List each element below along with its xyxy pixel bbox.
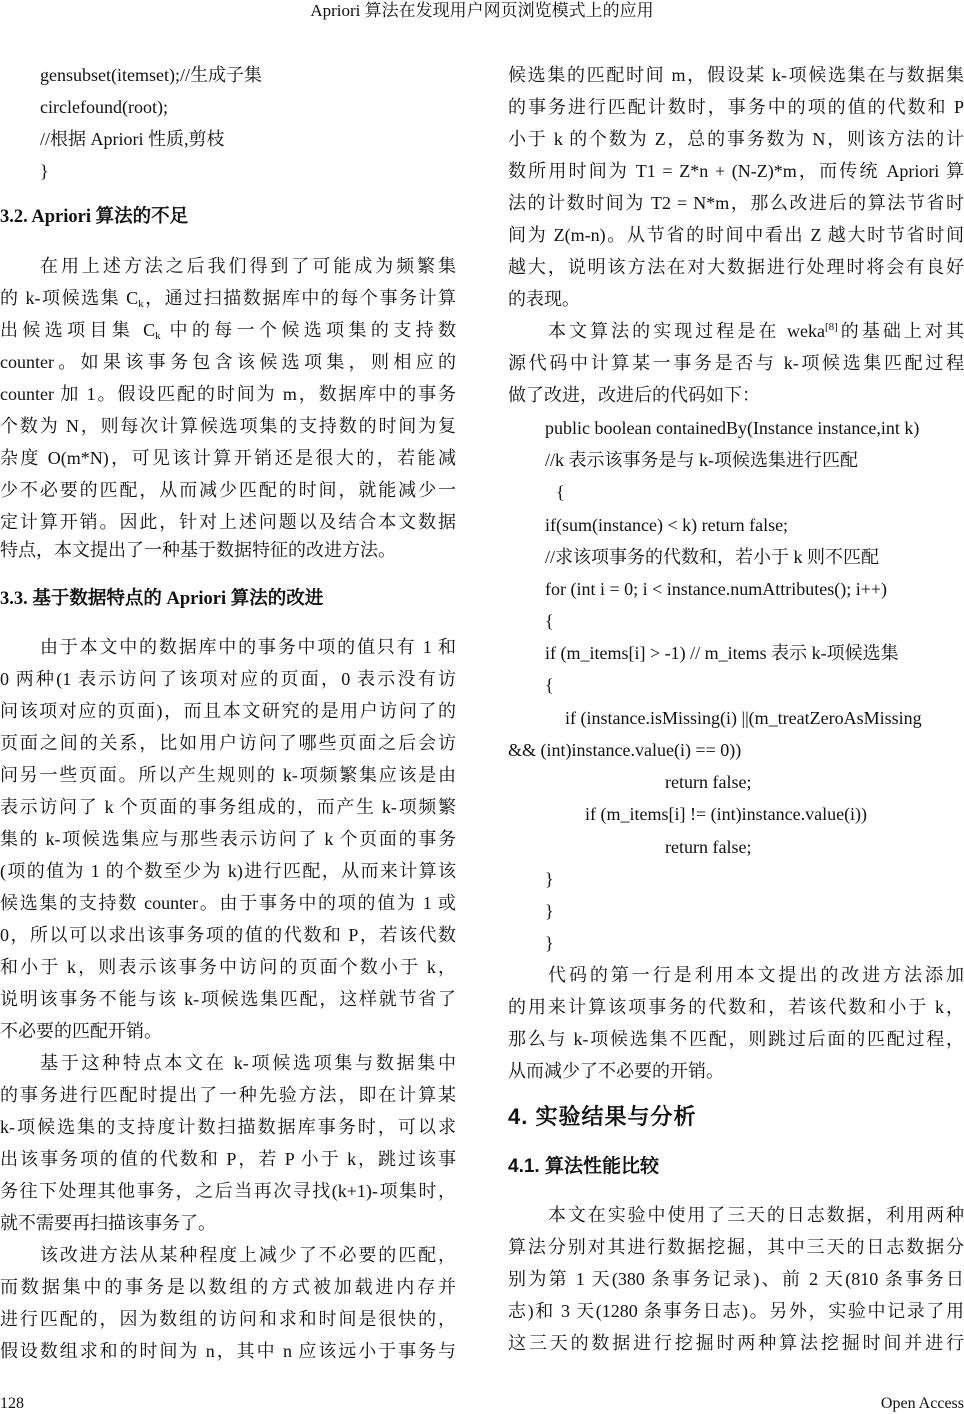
paragraph-line: 法的计数时间为 T2 = N*m，那么改进后的算法节省时 [508,192,964,214]
paragraph-line: counter。如果该事务包含该候选项集，则相应的 [0,351,456,373]
paragraph-line: 而数据集中的事务是以数组的方式被加载进内存并 [0,1276,456,1298]
code-line: } [545,868,554,890]
code-line: gensubset(itemset);//生成子集 [40,64,262,86]
paragraph-line: 间为 Z(m-n)。从节省的时间中看出 Z 越大时节省时间 [508,224,964,246]
journal-label: Open Access [881,1394,964,1414]
paragraph-line: 小于 k 的个数为 Z，总的事务数为 N，则该方法的计 [508,128,964,150]
paragraph-line: 的表现。 [508,288,580,310]
paragraph-line: 那么与 k-项候选集不匹配，则跳过后面的匹配过程， [508,1028,964,1050]
paragraph-line: 该改进方法从某种程度上减少了不必要的匹配， [40,1244,456,1266]
paragraph-line: 定计算开销。因此，针对上述问题以及结合本文数据 [0,511,456,533]
paragraph-line: 基于这种特点本文在 k-项候选项集与数据集中 [40,1052,456,1074]
paragraph-line: 的事务进行匹配时提出了一种先验方法，即在计算某 [0,1084,456,1106]
paragraph-line: 在用上述方法之后我们得到了可能成为频繁集 [40,255,456,277]
paragraph-line: 表示访问了 k 个页面的事务组成的，而产生 k-项频繁 [0,796,456,818]
paragraph-line: 候选集的匹配时间 m，假设某 k-项候选集在与数据集 [508,64,964,86]
paragraph-line: 别为第 1 天(380 条事务记录)、前 2 天(810 条事务日 [508,1268,964,1290]
section-heading-3-2: 3.2. Apriori 算法的不足 [0,206,188,228]
paragraph-line: 候选集的支持数 counter。由于事务中的项的值为 1 或 [0,892,456,914]
running-header: Apriori 算法在发现用户网页浏览模式上的应用 [0,0,964,22]
paragraph-line: 特点，本文提出了一种基于数据特征的改进方法。 [0,539,396,561]
paragraph-line: 算法分别对其进行数据挖掘，其中三天的日志数据分 [508,1236,964,1258]
code-line: //根据 Apriori 性质,剪枝 [40,128,225,150]
code-line: for (int i = 0; i < instance.numAttribut… [545,578,887,600]
paragraph-line: 本文在实验中使用了三天的日志数据，利用两种 [548,1204,964,1226]
paragraph-line: 务往下处理其他事务，之后当再次寻找(k+1)-项集时， [0,1180,456,1202]
code-line: //k 表示该事务是与 k-项候选集进行匹配 [545,449,858,471]
paragraph-line: counter 加 1。假设匹配的时间为 m，数据库中的事务 [0,383,456,405]
paragraph-line: 代码的第一行是利用本文提出的改进方法添加 [548,964,964,986]
paragraph-line: 这三天的数据进行挖掘时两种算法挖掘时间并进行 [508,1332,964,1354]
citation-ref: [8] [825,321,838,333]
paragraph-line: 假设数组求和的时间为 n，其中 n 应该远小于事务与 [0,1340,456,1362]
section-heading-4-1: 4.1. 算法性能比较 [508,1156,659,1178]
paragraph-line: 的用来计算该项事务的代数和，若该代数和小于 k， [508,996,964,1018]
code-line: if (instance.isMissing(i) ||(m_treatZero… [565,707,922,729]
paragraph-line: k-项候选集的支持度计数扫描数据库事务时，可以求 [0,1116,456,1138]
code-line: { [545,610,554,632]
code-line: if(sum(instance) < k) return false; [545,514,788,536]
paragraph-line: (项的值为 1 的个数至少为 k)进行匹配，从而来计算该 [0,860,456,882]
paragraph-line: 页面之间的关系，比如用户访问了哪些页面之后会访 [0,732,456,754]
code-line: circlefound(root); [40,96,168,118]
code-line: { [556,481,565,503]
paragraph-line: 集的 k-项候选集应与那些表示访问了 k 个页面的事务 [0,828,456,850]
paragraph-line: 就不需要再扫描该事务了。 [0,1212,216,1234]
paragraph-line: 源代码中计算某一事务是否与 k-项候选集匹配过程 [508,352,964,374]
paragraph-line: 本文算法的实现过程是在 weka[8]的基础上对其 [548,320,964,342]
section-heading-4: 4. 实验结果与分析 [508,1106,696,1128]
paragraph-line: 和小于 k，则表示该事务中访问的页面个数小于 k， [0,956,456,978]
code-line: { [545,674,554,696]
paragraph-line: 0，所以可以求出该事务项的值的代数和 P，若该代数 [0,924,456,946]
paragraph-line: 个数为 N，则每次计算候选项集的支持数的时间为复 [0,415,456,437]
paragraph-line: 问另一些页面。所以产生规则的 k-项频繁集应该是由 [0,764,456,786]
paragraph-line: 少不必要的匹配，从而减少匹配的时间，就能减少一 [0,479,456,501]
paragraph-line: 0 两种(1 表示访问了该项对应的页面，0 表示没有访 [0,668,456,690]
code-line: public boolean containedBy(Instance inst… [545,417,919,439]
code-line: if (m_items[i] != (int)instance.value(i)… [585,803,867,825]
code-line: if (m_items[i] > -1) // m_items 表示 k-项候选… [545,642,899,664]
page-number: 128 [0,1394,24,1414]
paragraph-line: 说明该事务不能与该 k-项候选集匹配，这样就节省了 [0,988,456,1010]
code-line: } [40,160,49,182]
code-line: return false; [665,836,751,858]
code-line: } [545,932,554,954]
code-line: } [545,900,554,922]
paragraph-line: 志)和 3 天(1280 条事务日志)。另外，实验中记录了用 [508,1300,964,1322]
paragraph-line: 杂度 O(m*N)，可见该计算开销还是很大的，若能减 [0,447,456,469]
paragraph-line: 由于本文中的数据库中的事务中项的值只有 1 和 [40,636,456,658]
paragraph-line: 的事务进行匹配计数时，事务中的项的值的代数和 P [508,96,964,118]
code-line: && (int)instance.value(i) == 0)) [508,739,741,761]
paragraph-line: 进行匹配的，因为数组的访问和求和时间是很快的， [0,1308,456,1330]
paragraph-line: 越大，说明该方法在对大数据进行处理时将会有良好 [508,256,964,278]
paragraph-line: 出该事务项的值的代数和 P，若 P 小于 k，跳过该事 [0,1148,456,1170]
paragraph-line: 的 k-项候选集 Ck，通过扫描数据库中的每个事务计算 [0,287,456,309]
paragraph-line: 问该项对应的页面)，而且本文研究的是用户访问了的 [0,700,456,722]
code-line: //求该项事务的代数和，若小于 k 则不匹配 [545,546,879,568]
section-heading-3-3: 3.3. 基于数据特点的 Apriori 算法的改进 [0,588,323,610]
paragraph-line: 从而减少了不必要的开销。 [508,1060,724,1082]
paragraph-line: 出候选项目集 Ck 中的每一个候选项集的支持数 [0,319,456,341]
code-line: return false; [665,771,751,793]
paragraph-line: 不必要的匹配开销。 [0,1020,162,1042]
paragraph-line: 做了改进，改进后的代码如下： [508,384,760,406]
paragraph-line: 数所用时间为 T1 = Z*n + (N-Z)*m，而传统 Apriori 算 [508,160,964,182]
